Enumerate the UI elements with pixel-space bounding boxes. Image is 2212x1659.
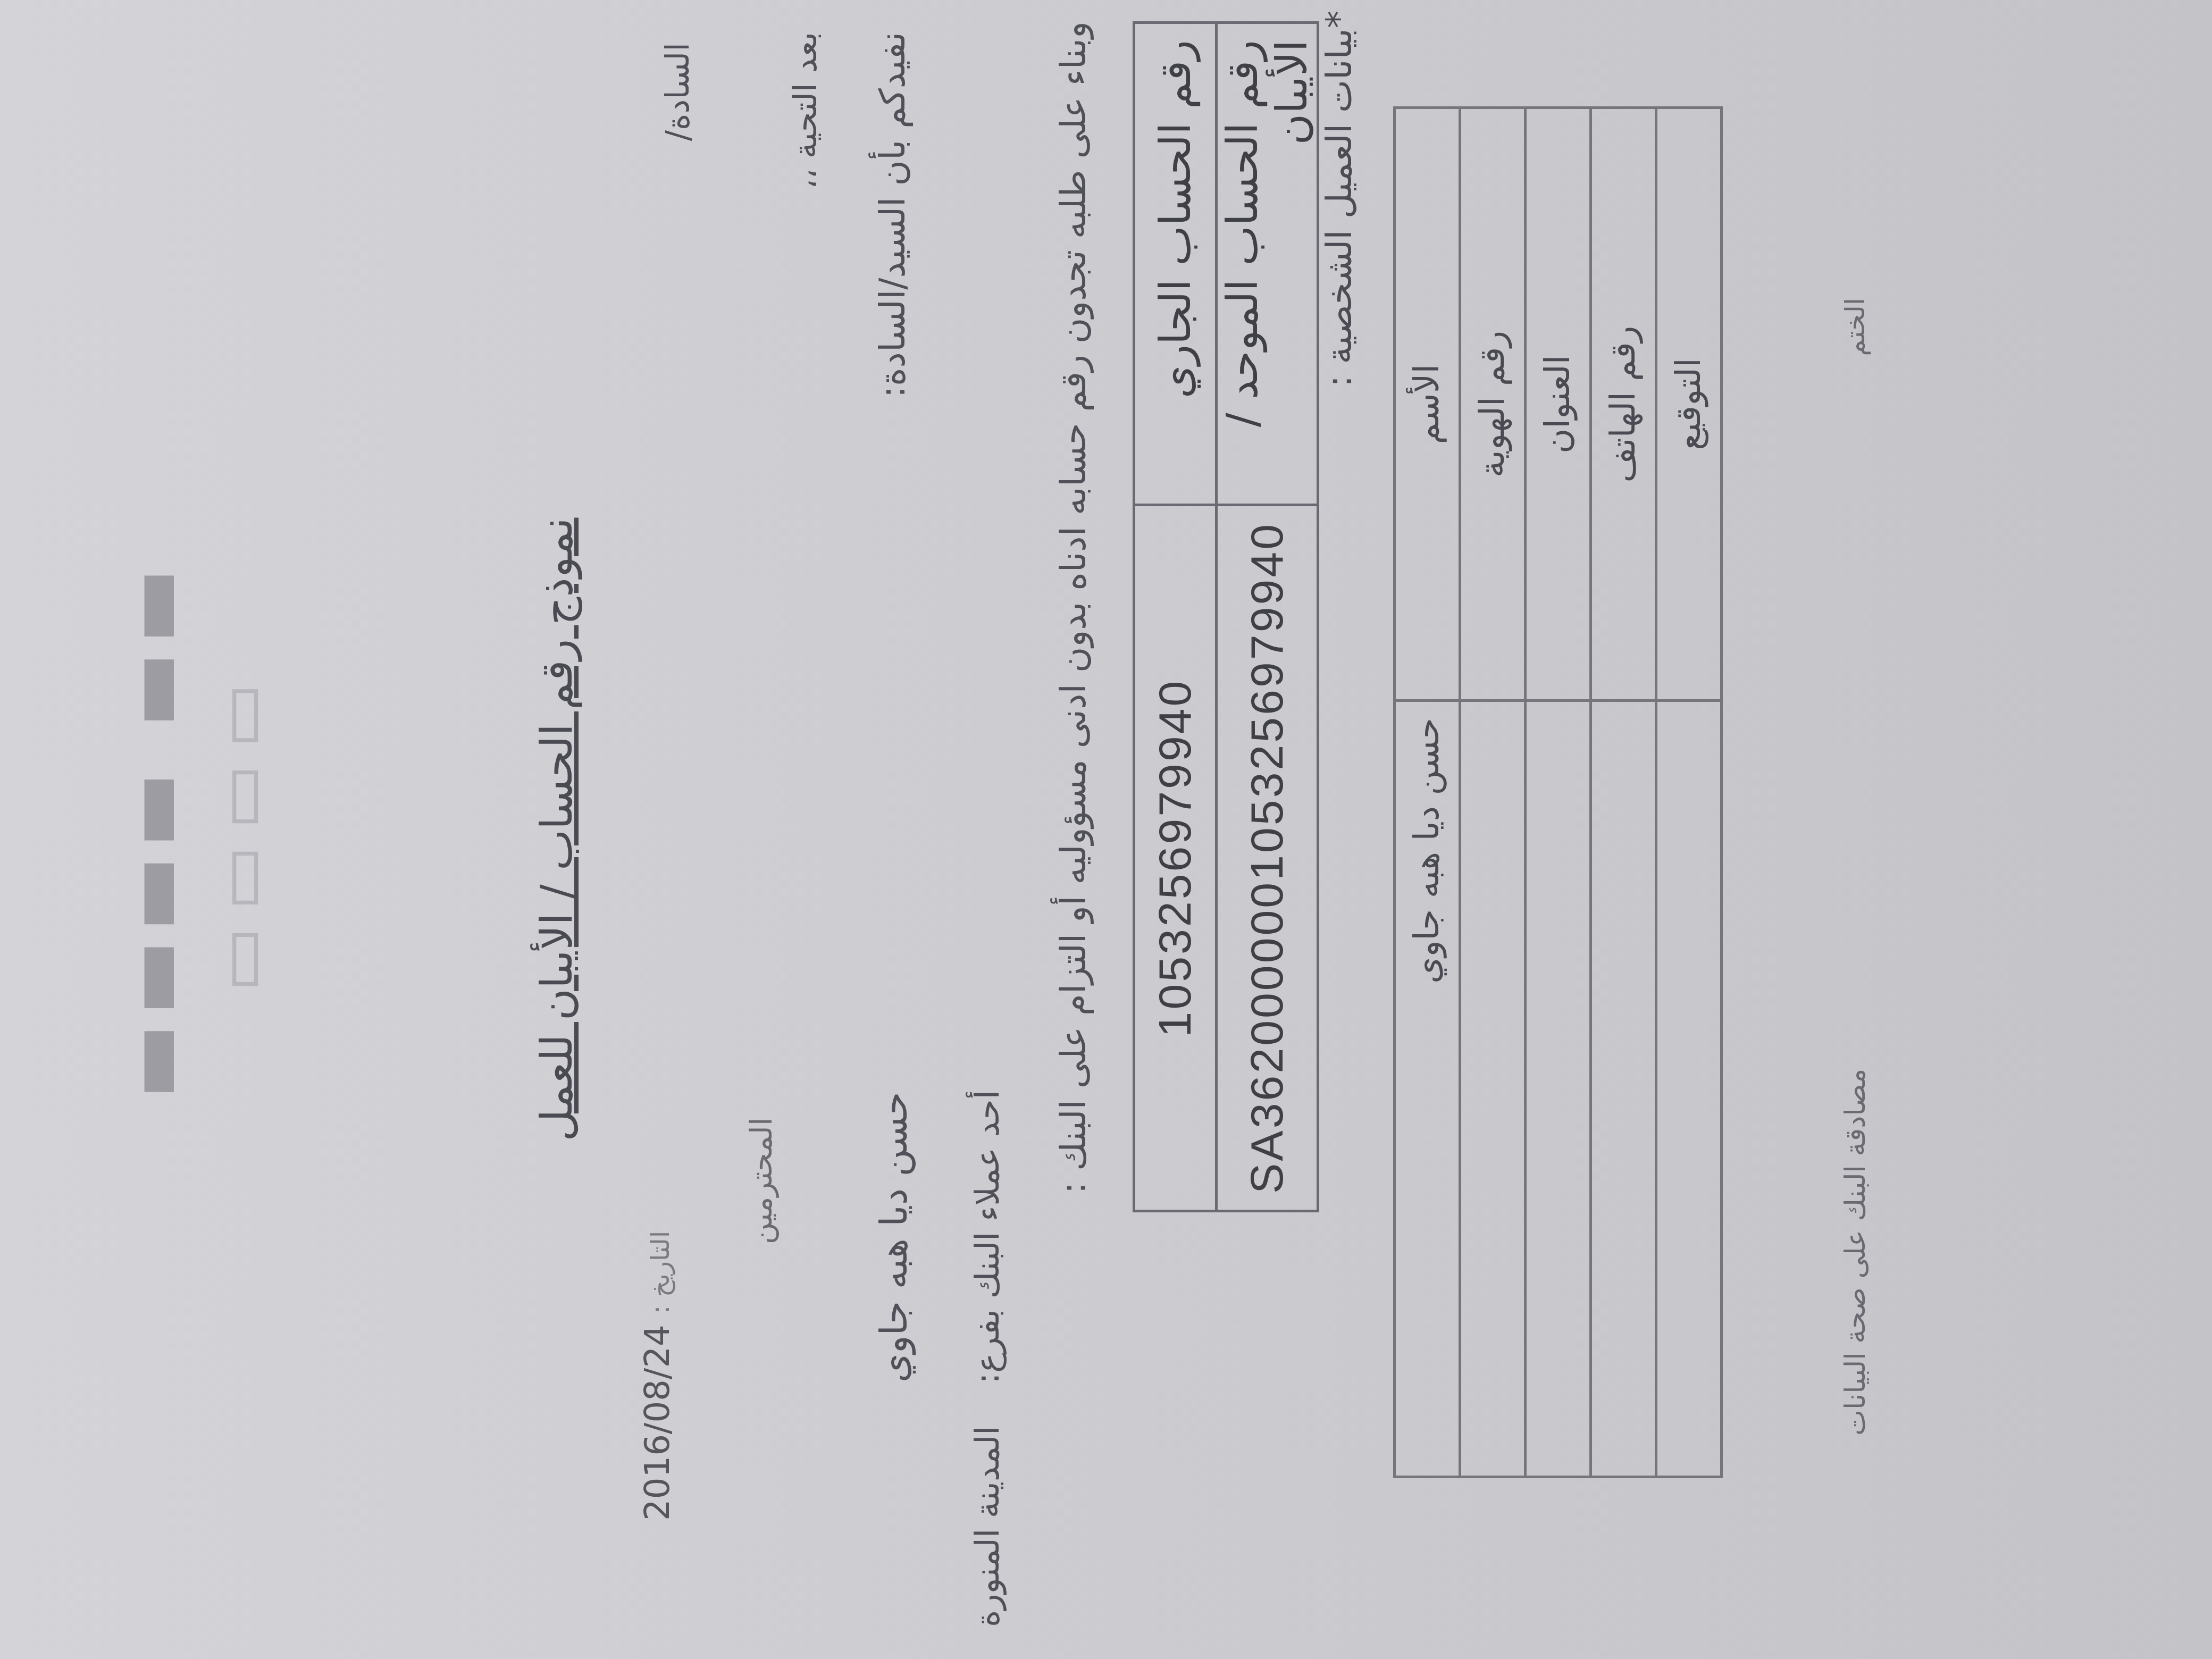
table-row: رقم الهاتف <box>1591 108 1656 1477</box>
address-value <box>1526 701 1591 1477</box>
greeting: بعد التحية ،، <box>787 32 824 189</box>
form-title: نموذج رقم الحساب / الأيبان للعمل <box>532 0 582 1659</box>
iban-label: رقم الحساب الموحد / الأيبان <box>1217 23 1318 505</box>
table-row: رقم الهوية <box>1460 108 1526 1477</box>
account-number-label: رقم الحساب الجاري <box>1134 23 1217 505</box>
phone-value <box>1591 701 1656 1477</box>
name-label: الأسم <box>1395 108 1460 701</box>
signature-label: التوقيع <box>1656 108 1722 701</box>
bank-account-form: ▬▬ ▬▬▬▬ ▭▭▭▭ نموذج رقم الحساب / الأيبان … <box>0 0 2212 1659</box>
address-label: العنوان <box>1526 108 1591 701</box>
client-branch-text: أحد عملاء البنك بفرع: <box>968 1090 1007 1384</box>
date-field: التاريخ : 2016/08/24 <box>638 1231 677 1521</box>
client-branch-line: أحد عملاء البنك بفرع: المدينة المنورة <box>968 1090 1007 1627</box>
iban-value: SA3620000001053256979940 <box>1217 505 1318 1211</box>
bank-confirmation-label: مصادقة البنك على صحة البيانات <box>1840 1069 1872 1436</box>
table-row: رقم الحساب الموحد / الأيبان SA3620000001… <box>1217 23 1318 1211</box>
customer-name: حسن ديا هبه جاوي <box>872 1092 916 1383</box>
id-number-value <box>1460 701 1526 1477</box>
bank-logo: ▬▬ ▬▬▬▬ ▭▭▭▭ <box>106 560 280 1100</box>
branch-name: المدينة المنورة <box>968 1426 1007 1627</box>
signature-value <box>1656 701 1722 1477</box>
account-number-value: 1053256979940 <box>1134 505 1217 1211</box>
date-value: 2016/08/24 <box>638 1325 677 1521</box>
date-label: التاريخ : <box>646 1231 675 1314</box>
table-row: التوقيع <box>1656 108 1722 1477</box>
table-row: العنوان <box>1526 108 1591 1477</box>
personal-data-table: الأسم حسن ديا هبه جاوي رقم الهوية العنوا… <box>1393 106 1723 1478</box>
logo-latin-mark: ▭▭▭▭ <box>199 560 280 1100</box>
id-number-label: رقم الهوية <box>1460 108 1526 701</box>
personal-section-title: *بيانات العميل الشخصية : <box>1319 11 1360 387</box>
table-row: رقم الحساب الجاري 1053256979940 <box>1134 23 1217 1211</box>
name-value: حسن ديا هبه جاوي <box>1395 701 1460 1477</box>
inform-text: نفيدكم بأن السيد/السادة: <box>872 32 913 398</box>
table-row: الأسم حسن ديا هبه جاوي <box>1395 108 1460 1477</box>
respected-label: المحترمين <box>744 1118 779 1244</box>
request-statement: وبناء على طلبه تجدون رقم حسابه ادناه بدو… <box>1053 21 1094 1194</box>
addressee: السادة/ <box>659 43 697 141</box>
account-table: رقم الحساب الجاري 1053256979940 رقم الحس… <box>1133 21 1319 1212</box>
photo-background: ▬▬ ▬▬▬▬ ▭▭▭▭ نموذج رقم الحساب / الأيبان … <box>0 0 2212 1659</box>
stamp-label: الختم <box>1840 298 1871 356</box>
logo-arabic-mark: ▬▬ ▬▬▬▬ <box>106 560 199 1100</box>
phone-label: رقم الهاتف <box>1591 108 1656 701</box>
